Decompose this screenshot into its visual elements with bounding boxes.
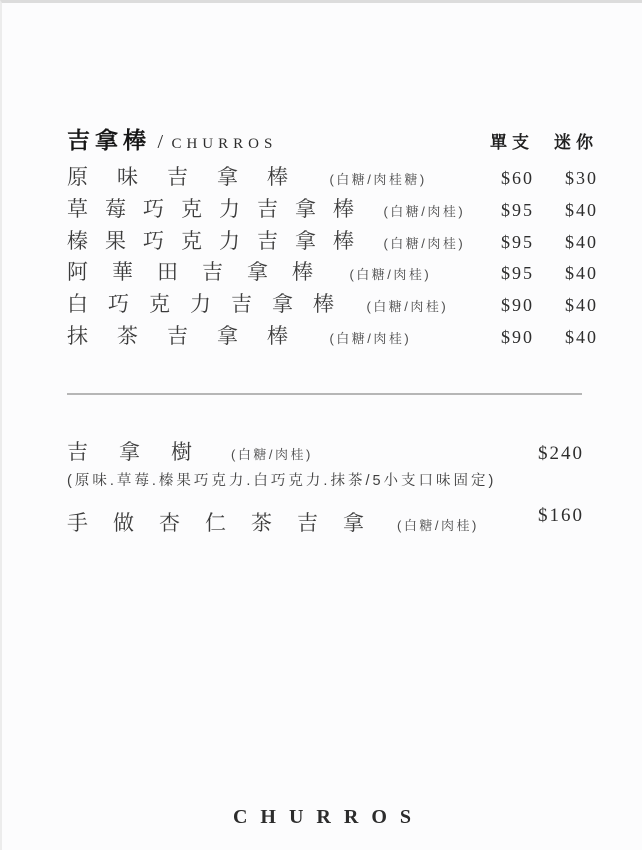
item-note: (白糖/肉桂) — [383, 204, 465, 219]
menu-row: 白巧克力吉拿棒 (白糖/肉桂) $90 $40 — [67, 288, 598, 320]
title-separator: / — [157, 131, 163, 153]
section-title-zh: 吉拿棒 — [67, 127, 151, 153]
item-name: 榛果巧克力吉拿棒 — [67, 230, 371, 253]
menu-row: 阿華田吉拿棒 (白糖/肉桂) $95 $40 — [67, 256, 598, 288]
menu-row: 草莓巧克力吉拿棒 (白糖/肉桂) $95 $40 — [67, 193, 598, 225]
item-note: (白糖/肉桂) — [383, 236, 465, 251]
item-price-single: $90 — [470, 295, 534, 316]
footer-brand: CHURROS — [2, 806, 642, 829]
item-price-mini: $40 — [534, 263, 598, 284]
item-name-cell: 白巧克力吉拿棒 (白糖/肉桂) — [67, 288, 470, 318]
item-note: (白糖/肉桂) — [231, 444, 313, 463]
item-name-cell: 阿華田吉拿棒 (白糖/肉桂) — [67, 256, 470, 286]
item-price: $160 — [538, 505, 598, 527]
churros-section: 吉拿棒 / CHURROS 單支 迷你 原味吉拿棒 (白糖/肉桂糖) $60 $… — [67, 122, 598, 352]
item-subnote: (原味.草莓.榛果巧克力.白巧克力.抹茶/5小支口味固定) — [67, 469, 598, 490]
item-price-mini: $40 — [534, 295, 598, 316]
item-price-single: $60 — [470, 168, 534, 189]
column-header-mini: 迷你 — [534, 128, 598, 153]
item-name-cell: 原味吉拿棒 (白糖/肉桂糖) — [67, 161, 470, 191]
section-title: 吉拿棒 / CHURROS — [67, 122, 470, 155]
item-price-mini: $30 — [534, 168, 598, 189]
item-price-mini: $40 — [534, 327, 598, 348]
item-price-mini: $40 — [534, 232, 598, 253]
menu-row: 抹茶吉拿棒 (白糖/肉桂) $90 $40 — [67, 320, 598, 352]
item-name: 吉拿樹 — [67, 436, 223, 466]
section-header: 吉拿棒 / CHURROS 單支 迷你 — [67, 122, 598, 153]
item-price-single: $95 — [470, 200, 534, 221]
section-title-en: CHURROS — [171, 136, 277, 152]
item-name: 草莓巧克力吉拿棒 — [67, 198, 371, 221]
spacer — [67, 490, 598, 507]
specials-section: 吉拿樹 (白糖/肉桂) $240 (原味.草莓.榛果巧克力.白巧克力.抹茶/5小… — [67, 436, 598, 537]
item-price-single: $95 — [470, 232, 534, 253]
item-name: 手做杏仁茶吉拿 — [67, 507, 389, 537]
item-name: 阿華田吉拿棒 — [67, 261, 337, 284]
item-note: (白糖/肉桂) — [397, 515, 479, 534]
item-note: (白糖/肉桂糖) — [329, 172, 426, 187]
section-divider — [67, 393, 582, 395]
item-note: (白糖/肉桂) — [349, 267, 431, 282]
menu-page: 吉拿棒 / CHURROS 單支 迷你 原味吉拿棒 (白糖/肉桂糖) $60 $… — [0, 0, 642, 850]
item-price-mini: $40 — [534, 200, 598, 221]
menu-row: 手做杏仁茶吉拿 (白糖/肉桂) $160 — [67, 507, 598, 537]
item-price-single: $95 — [470, 263, 534, 284]
item-name-cell: 草莓巧克力吉拿棒 (白糖/肉桂) — [67, 193, 470, 223]
item-name: 抹茶吉拿棒 — [67, 325, 317, 348]
item-name-cell: 抹茶吉拿棒 (白糖/肉桂) — [67, 320, 470, 350]
item-name-cell: 榛果巧克力吉拿棒 (白糖/肉桂) — [67, 225, 470, 255]
column-header-single: 單支 — [470, 128, 534, 153]
item-note: (白糖/肉桂) — [366, 299, 448, 314]
item-price-single: $90 — [470, 327, 534, 348]
item-note: (白糖/肉桂) — [329, 331, 411, 346]
item-name: 白巧克力吉拿棒 — [67, 293, 354, 316]
menu-row: 榛果巧克力吉拿棒 (白糖/肉桂) $95 $40 — [67, 225, 598, 257]
item-name: 原味吉拿棒 — [67, 166, 317, 189]
menu-row: 原味吉拿棒 (白糖/肉桂糖) $60 $30 — [67, 161, 598, 193]
item-price: $240 — [538, 443, 598, 465]
menu-row: 吉拿樹 (白糖/肉桂) $240 — [67, 436, 598, 466]
